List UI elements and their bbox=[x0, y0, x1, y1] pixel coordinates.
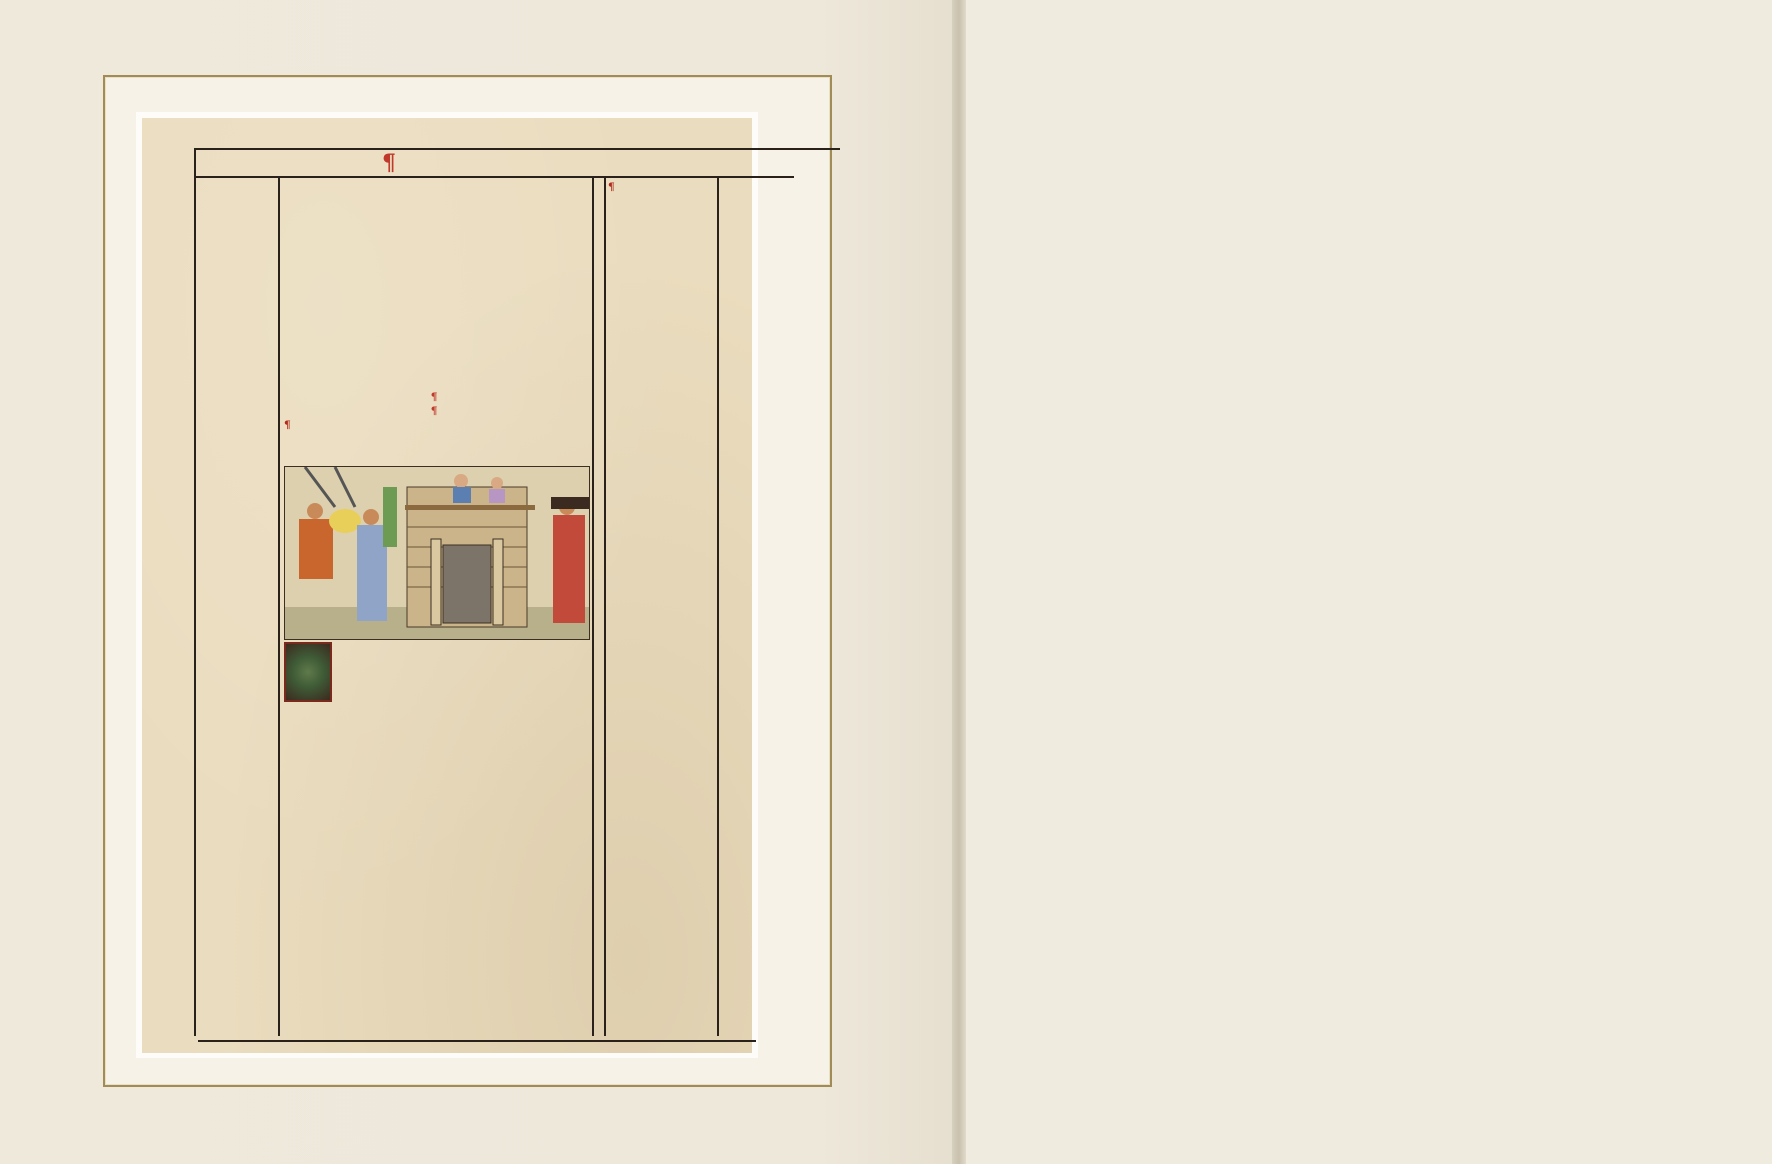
left-col-divider-1 bbox=[592, 178, 594, 1036]
left-footer-rule bbox=[198, 1040, 756, 1042]
left-col1-chapter-marker bbox=[492, 450, 588, 464]
woodcut-illustration bbox=[284, 466, 590, 640]
woodcut-temple-building-scene bbox=[285, 467, 589, 639]
left-col1-rule bbox=[278, 178, 280, 1036]
left-header-rule bbox=[194, 176, 794, 178]
left-col1-body bbox=[284, 662, 588, 1034]
right-board bbox=[966, 0, 1772, 1164]
left-col1-preface bbox=[284, 180, 588, 390]
left-col-divider-2 bbox=[604, 178, 606, 1036]
left-running-head-book: ¶ bbox=[382, 150, 401, 176]
left-leaf: ¶ ¶ ¶ ¶ bbox=[142, 118, 752, 1053]
left-col1-incipit-line bbox=[332, 640, 588, 660]
pilcrow-icon: ¶ bbox=[382, 150, 397, 176]
left-col-right-rule bbox=[717, 178, 719, 1036]
left-col2-summary: ¶ bbox=[608, 180, 912, 230]
book-spine bbox=[952, 0, 966, 1164]
